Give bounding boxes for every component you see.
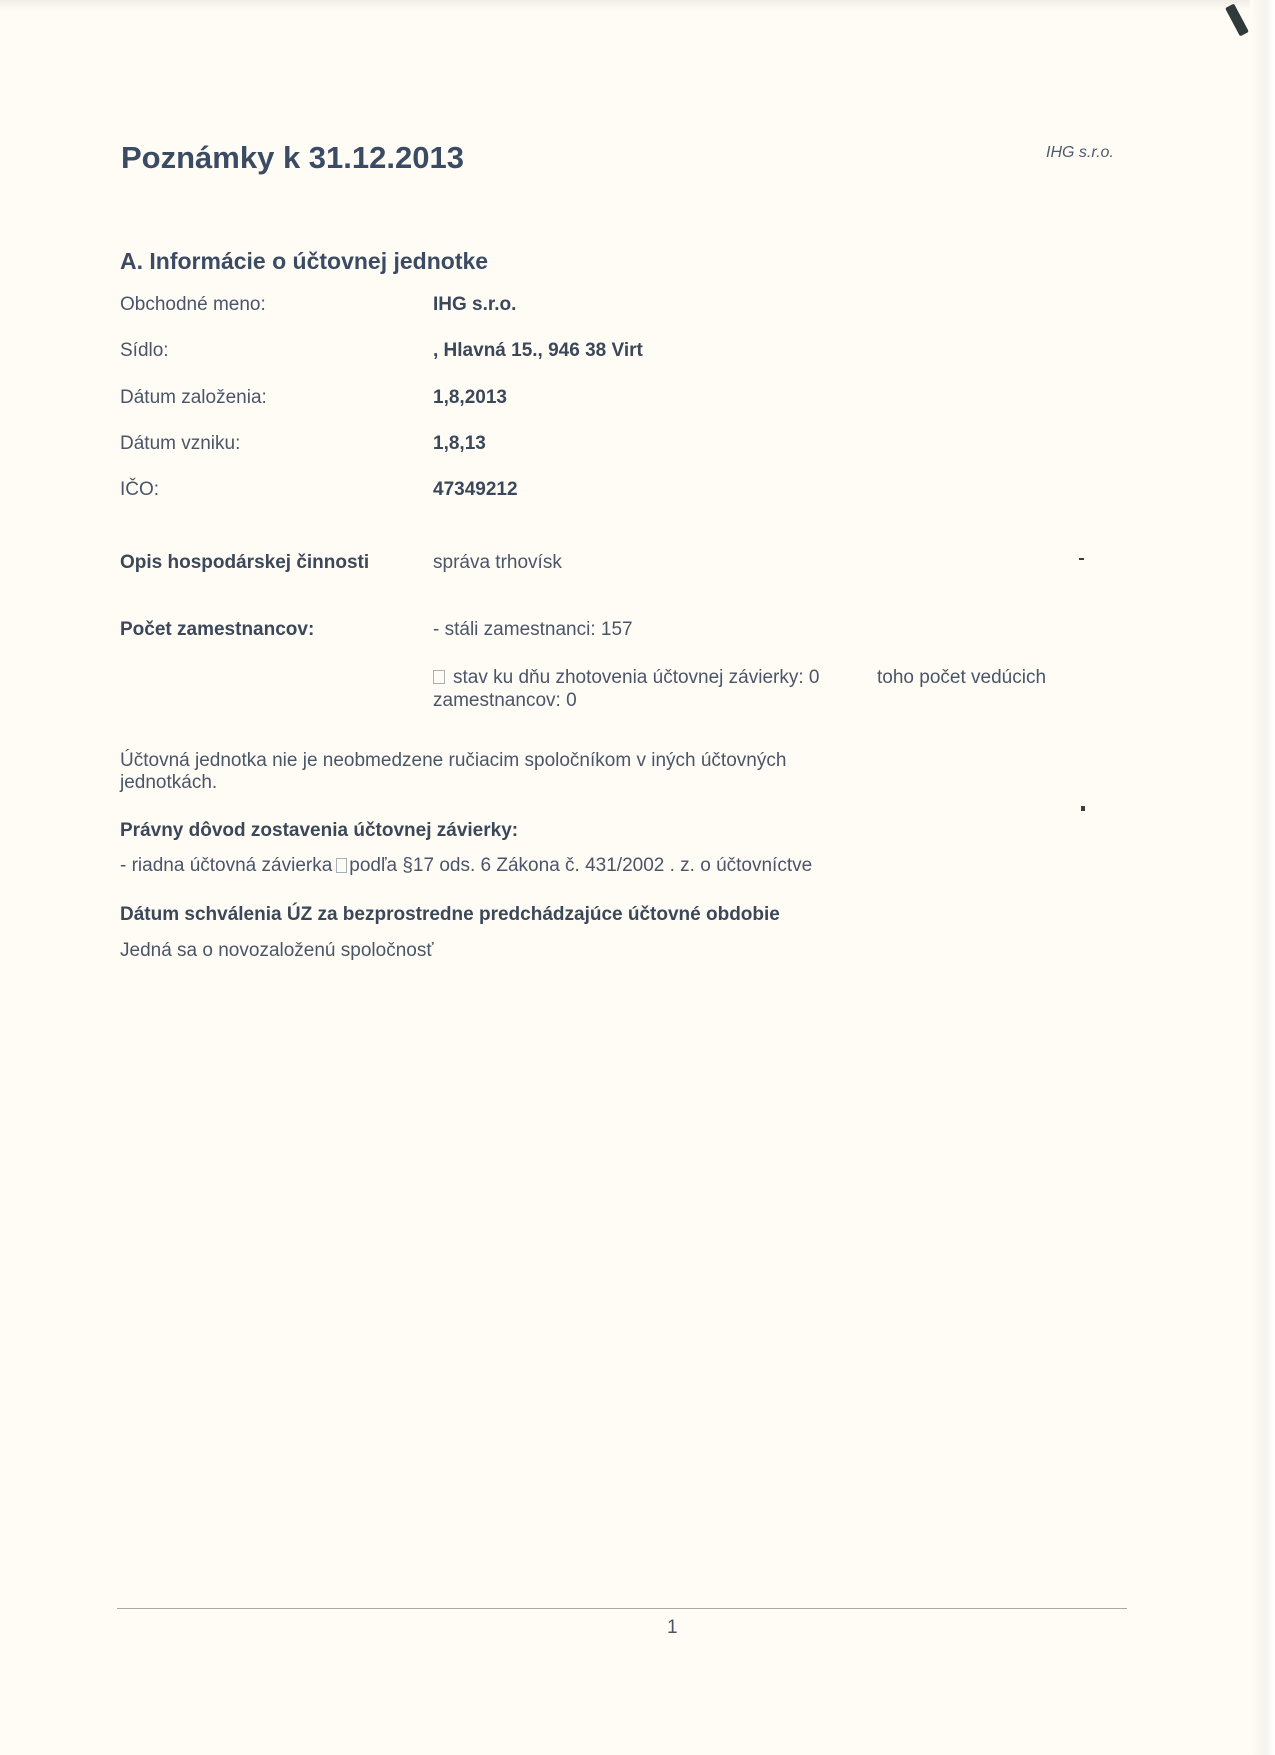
- field-label-origin-date: Dátum vzniku:: [120, 433, 240, 455]
- checkbox-icon: [433, 670, 445, 684]
- employees-status-line: stav ku dňu zhotovenia účtovnej závierky…: [433, 667, 819, 689]
- checkbox-icon: [336, 858, 347, 873]
- field-label-ico: IČO:: [120, 479, 159, 501]
- approval-heading: Dátum schválenia ÚZ za bezprostredne pre…: [120, 904, 780, 926]
- field-label-founding-date: Dátum založenia:: [120, 387, 267, 409]
- liability-note-line-2: jednotkách.: [120, 772, 217, 794]
- field-value-ico: 47349212: [433, 479, 518, 501]
- approval-text: Jedná sa o novozaloženú spoločnosť: [120, 940, 433, 962]
- header-company-name: IHG s.r.o.: [1046, 144, 1114, 162]
- field-value-seat: , Hlavná 15., 946 38 Virt: [433, 340, 643, 362]
- scan-speck: [1081, 806, 1085, 811]
- field-label-business-name: Obchodné meno:: [120, 294, 266, 316]
- section-a-heading: A. Informácie o účtovnej jednotke: [120, 248, 488, 275]
- scan-speck: [1079, 558, 1084, 560]
- legal-basis-text-before: - riadna účtovná závierka: [120, 855, 332, 876]
- liability-note-line-1: Účtovná jednotka nie je neobmedzene ruči…: [120, 750, 786, 772]
- activity-label: Opis hospodárskej činnosti: [120, 552, 369, 574]
- activity-value: správa trhovísk: [433, 552, 562, 574]
- legal-basis-text: - riadna účtovná závierkapodľa §17 ods. …: [120, 855, 812, 877]
- legal-basis-heading: Právny dôvod zostavenia účtovnej závierk…: [120, 820, 518, 842]
- legal-basis-text-after: podľa §17 ods. 6 Zákona č. 431/2002 . z.…: [349, 855, 812, 876]
- scan-edge-right: [1250, 0, 1275, 1755]
- employees-status-text: stav ku dňu zhotovenia účtovnej závierky…: [453, 667, 819, 688]
- field-value-founding-date: 1,8,2013: [433, 387, 507, 409]
- employees-managers-text: toho počet vedúcich: [877, 667, 1046, 689]
- footer-divider: [117, 1608, 1127, 1609]
- field-value-origin-date: 1,8,13: [433, 433, 486, 455]
- field-label-seat: Sídlo:: [120, 340, 169, 362]
- employees-managers-count: zamestnancov: 0: [433, 690, 577, 712]
- employees-label: Počet zamestnancov:: [120, 619, 314, 641]
- page-number: 1: [667, 1617, 678, 1639]
- field-value-business-name: IHG s.r.o.: [433, 294, 516, 316]
- scan-edge-top: [0, 0, 1275, 10]
- employees-permanent: - stáli zamestnanci: 157: [433, 619, 633, 641]
- page-title: Poznámky k 31.12.2013: [121, 140, 464, 176]
